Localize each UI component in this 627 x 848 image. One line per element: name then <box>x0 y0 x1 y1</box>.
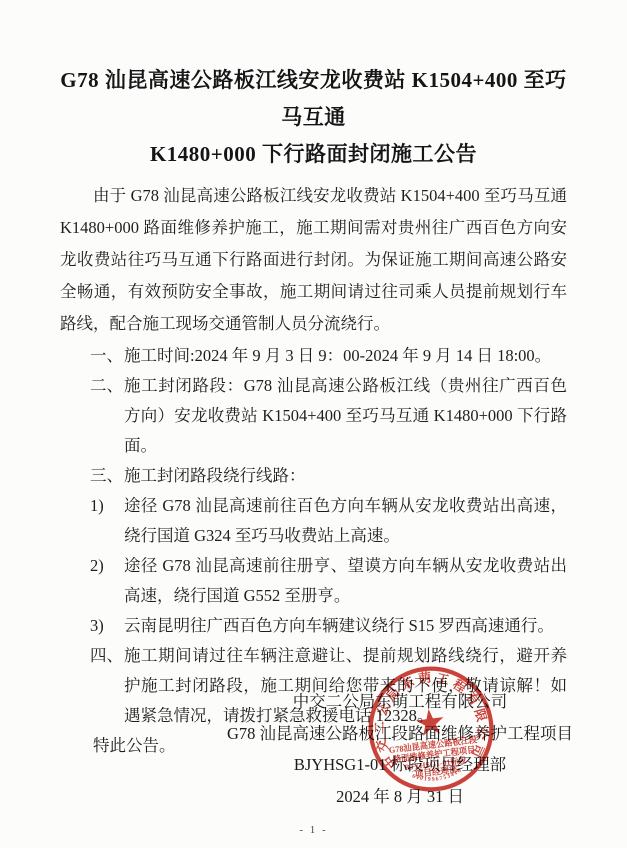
document-body: G78 汕昆高速公路板江线安龙收费站 K1504+400 至巧马互通 K1480… <box>60 62 567 761</box>
clause-label: 四、 <box>90 641 123 671</box>
clause-label: 一、 <box>90 341 123 371</box>
clause-text: 途径 G78 汕昆高速前往册亨、望谟方向车辆从安龙收费站出高速，绕行国道 G55… <box>124 556 567 605</box>
title-line-2: K1480+000 下行路面封闭施工公告 <box>60 136 567 173</box>
signature-company: 中交二公局东萌工程有限公司 <box>205 686 595 718</box>
clause-item-3: 三、 施工封闭路段绕行线路： <box>60 461 567 491</box>
signature-project: G78 汕昆高速公路板江段路面维修养护工程项目 <box>205 718 595 750</box>
clause-list: 一、 施工时间:2024 年 9 月 3 日 9：00-2024 年 9 月 1… <box>60 341 567 731</box>
clause-label: 1) <box>90 491 104 521</box>
clause-label: 三、 <box>90 461 123 491</box>
clause-text: 施工时间:2024 年 9 月 3 日 9：00-2024 年 9 月 14 日… <box>124 346 551 365</box>
detour-item-1: 1) 途径 G78 汕昆高速前往百色方向车辆从安龙收费站出高速，绕行国道 G32… <box>60 491 567 551</box>
clause-text: 施工封闭路段：G78 汕昆高速公路板江线（贵州往广西百色方向）安龙收费站 K15… <box>124 376 567 455</box>
detour-item-2: 2) 途径 G78 汕昆高速前往册亨、望谟方向车辆从安龙收费站出高速，绕行国道 … <box>60 551 567 611</box>
intro-paragraph: 由于 G78 汕昆高速公路板江线安龙收费站 K1504+400 至巧马互通 K1… <box>60 180 567 340</box>
clause-label: 3) <box>90 611 104 641</box>
clause-text: 途径 G78 汕昆高速前往百色方向车辆从安龙收费站出高速，绕行国道 G324 至… <box>124 496 567 545</box>
document-title: G78 汕昆高速公路板江线安龙收费站 K1504+400 至巧马互通 K1480… <box>60 62 567 173</box>
signature-date: 2024 年 8 月 31 日 <box>205 781 595 813</box>
title-line-1: G78 汕昆高速公路板江线安龙收费站 K1504+400 至巧马互通 <box>60 62 567 136</box>
clause-label: 2) <box>90 551 104 581</box>
detour-item-3: 3) 云南昆明往广西百色方向车辆建议绕行 S15 罗西高速通行。 <box>60 611 567 641</box>
clause-item-1: 一、 施工时间:2024 年 9 月 3 日 9：00-2024 年 9 月 1… <box>60 341 567 371</box>
clause-item-2: 二、 施工封闭路段：G78 汕昆高速公路板江线（贵州往广西百色方向）安龙收费站 … <box>60 371 567 461</box>
clause-text: 施工封闭路段绕行线路： <box>124 466 306 485</box>
signature-department: BJYHSG1-01 标段项目经理部 <box>205 749 595 781</box>
page-number: - 1 - <box>0 824 627 836</box>
signature-block: 中交二公局东萌工程有限公司 G78 汕昆高速公路板江段路面维修养护工程项目 BJ… <box>205 686 595 812</box>
document-page: G78 汕昆高速公路板江线安龙收费站 K1504+400 至巧马互通 K1480… <box>0 0 627 848</box>
clause-label: 二、 <box>90 371 123 401</box>
clause-text: 云南昆明往广西百色方向车辆建议绕行 S15 罗西高速通行。 <box>124 616 554 635</box>
